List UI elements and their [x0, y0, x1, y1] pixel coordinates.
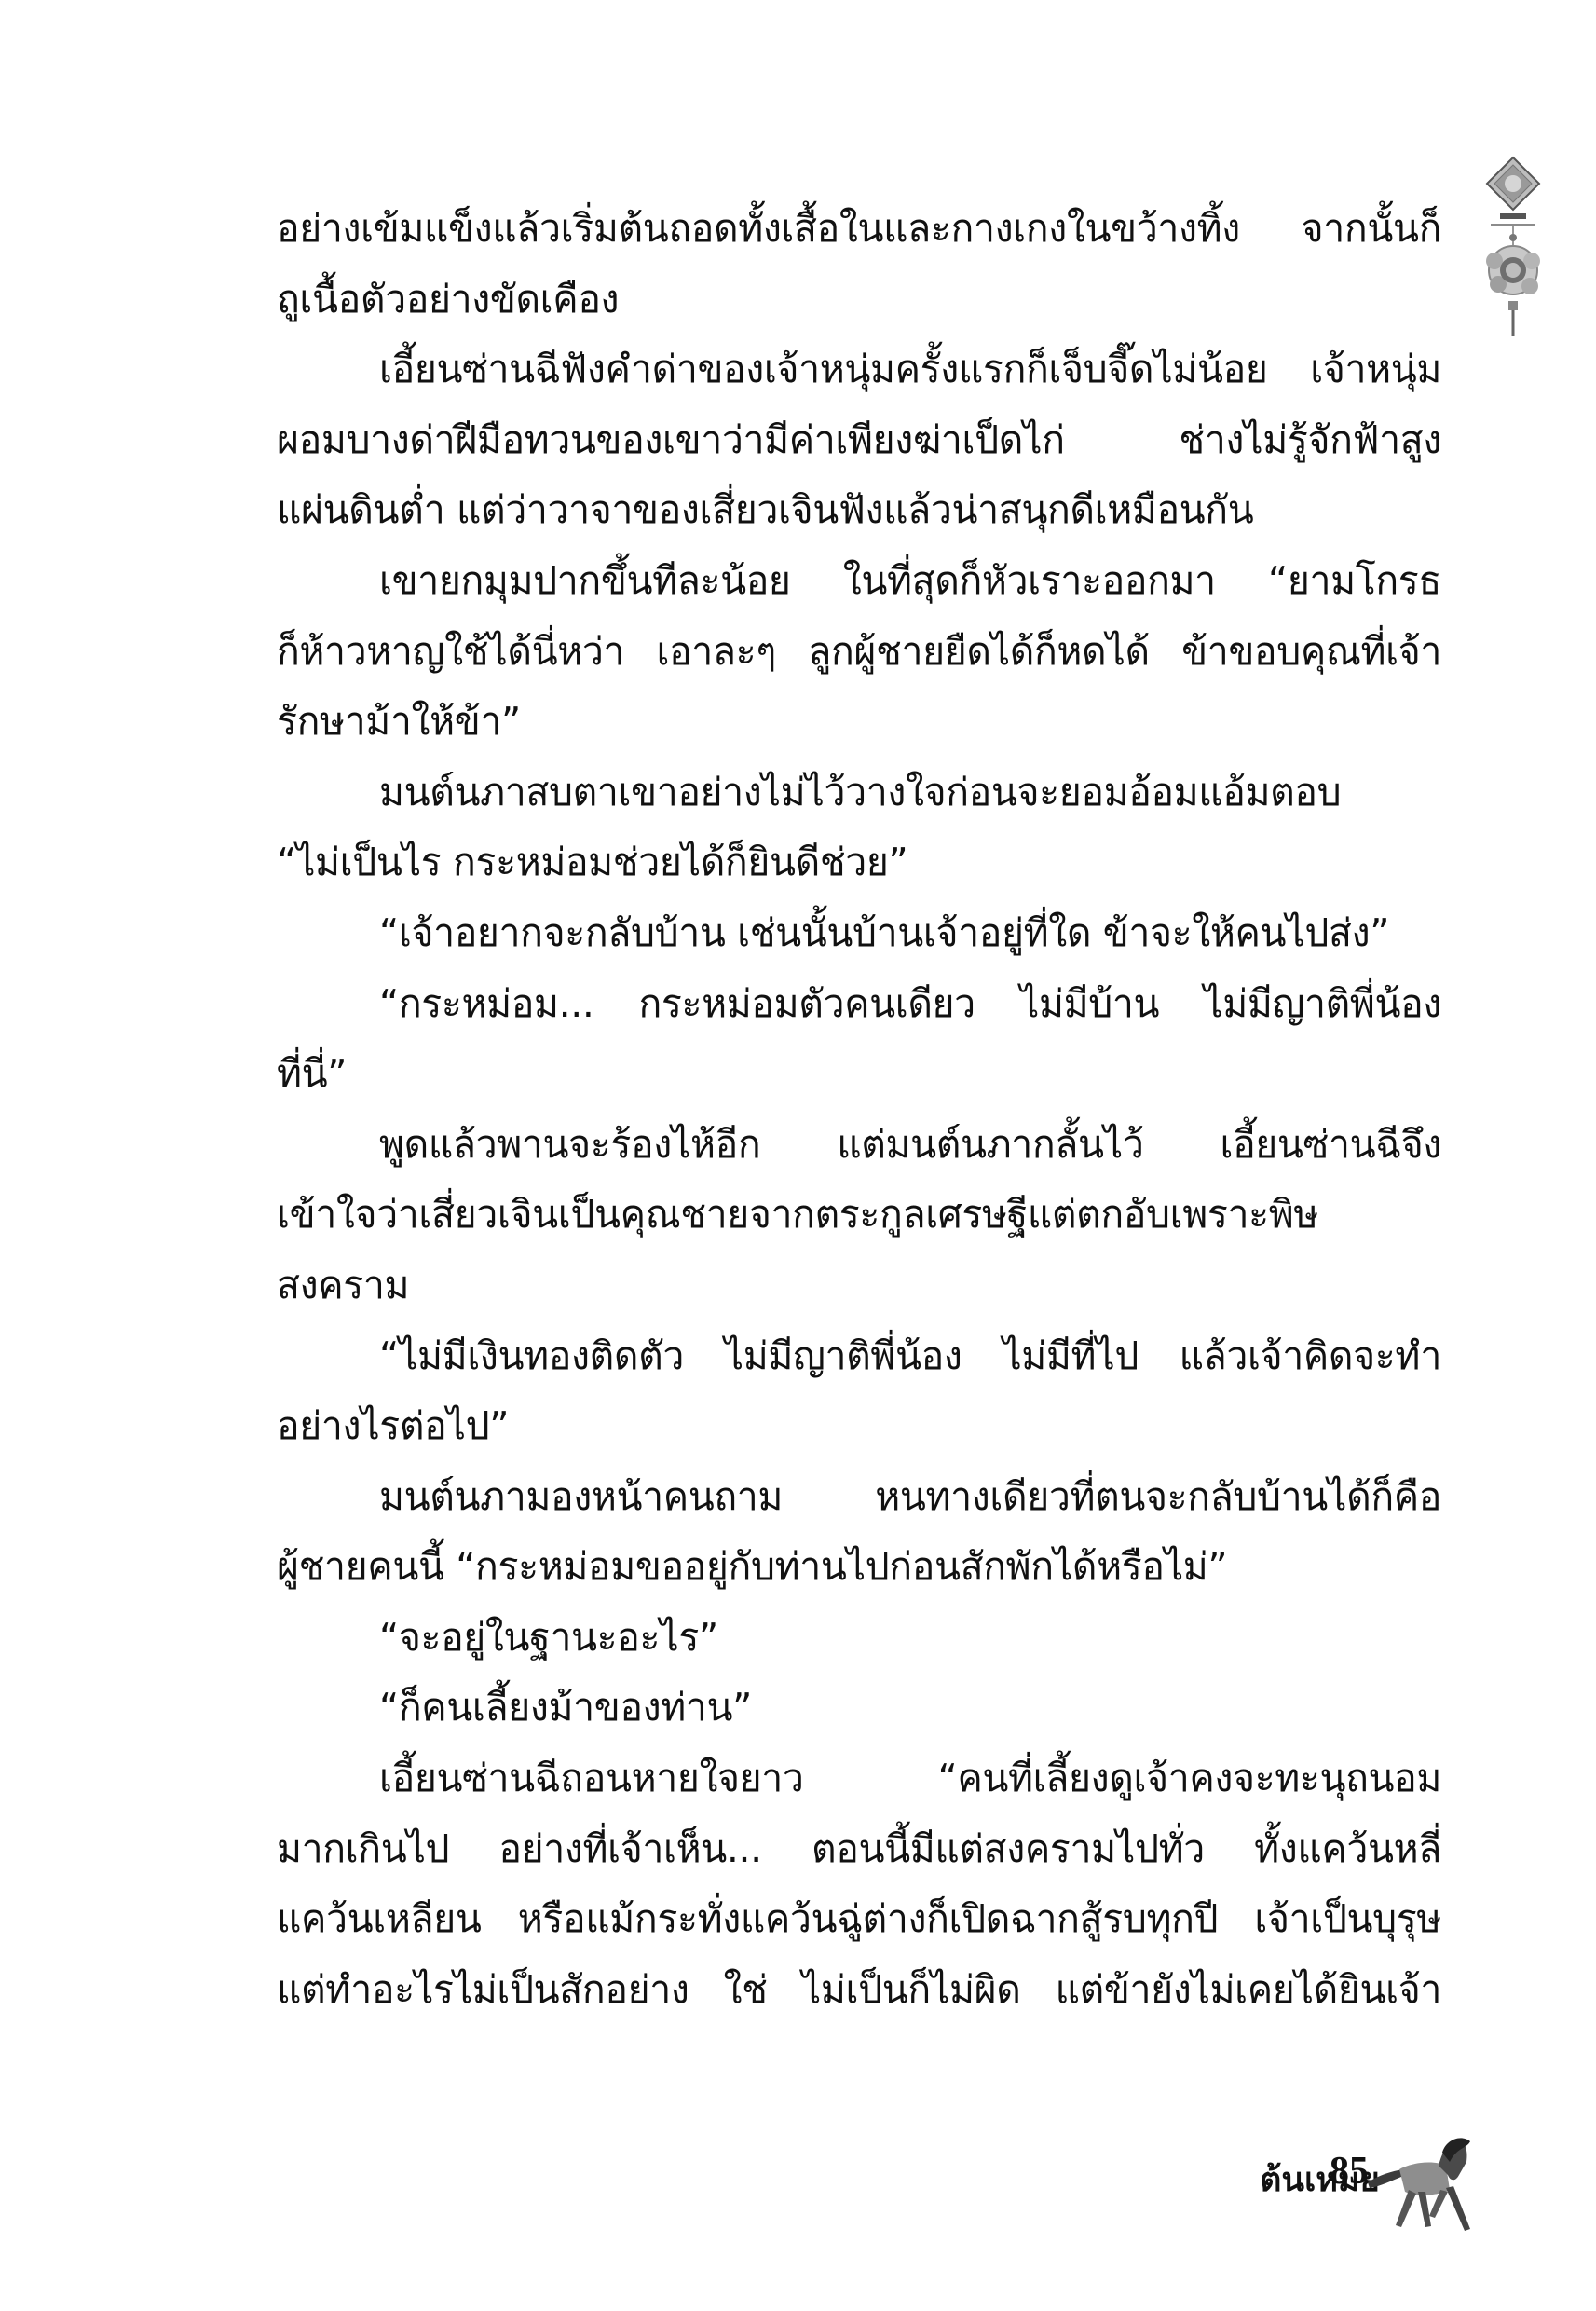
paragraph-start-line: เขายกมุมปากขึ้นทีละน้อย ในที่สุดก็หัวเรา… [277, 546, 1441, 617]
text-line: สงคราม [277, 1251, 1441, 1321]
text-line: ที่นี่” [277, 1039, 1441, 1110]
text-line: แต่ทำอะไรไม่เป็นสักอย่าง ใช่ ไม่เป็นก็ไม… [277, 1955, 1441, 2026]
paragraph-start-line: เอี้ยนซ่านฉีถอนหายใจยาว “คนที่เลี้ยงดูเจ… [277, 1744, 1441, 1814]
paragraph-start-line: มนต์นภาสบตาเขาอย่างไม่ไว้วางใจก่อนจะยอมอ… [277, 758, 1441, 828]
dialogue-line: “จะอยู่ในฐานะอะไร” [277, 1603, 1441, 1674]
text-line: แคว้นเหลียน หรือแม้กระทั่งแคว้นฉู่ต่างก็… [277, 1884, 1441, 1955]
paragraph-start-line: เอี้ยนซ่านฉีฟังคำด่าของเจ้าหนุ่มครั้งแรก… [277, 335, 1441, 405]
horse-icon [1360, 2134, 1481, 2236]
dialogue-line: “ก็คนเลี้ยงม้าของท่าน” [277, 1673, 1441, 1744]
dialogue-line: “กระหม่อม... กระหม่อมตัวคนเดียว ไม่มีบ้า… [277, 969, 1441, 1040]
text-line: “ไม่เป็นไร กระหม่อมช่วยได้ก็ยินดีช่วย” [277, 827, 1441, 898]
chinese-knot-ornament-icon [1480, 154, 1547, 340]
text-line: เข้าใจว่าเสี่ยวเจินเป็นคุณชายจากตระกูลเศ… [277, 1180, 1441, 1251]
text-line: อย่างไรต่อไป” [277, 1391, 1441, 1462]
text-line: รักษาม้าให้ข้า” [277, 687, 1441, 758]
text-line: แผ่นดินต่ำ แต่ว่าวาจาของเสี่ยวเจินฟังแล้… [277, 475, 1441, 546]
page-footer: ต้นเหมย 85 [1174, 2134, 1491, 2236]
dialogue-line: “ไม่มีเงินทองติดตัว ไม่มีญาติพี่น้อง ไม่… [277, 1321, 1441, 1392]
dialogue-line: “เจ้าอยากจะกลับบ้าน เช่นนั้นบ้านเจ้าอยู่… [277, 898, 1441, 969]
text-line: อย่างเข้มแข็งแล้วเริ่มต้นถอดทั้งเสื้อในแ… [277, 194, 1441, 265]
text-line: ถูเนื้อตัวอย่างขัดเคือง [277, 265, 1441, 335]
paragraph-start-line: พูดแล้วพานจะร้องไห้อีก แต่มนต์นภากลั้นไว… [277, 1110, 1441, 1181]
text-line: ก็ห้าวหาญใช้ได้นี่หว่า เอาละๆ ลูกผู้ชายย… [277, 617, 1441, 688]
paragraph-start-line: มนต์นภามองหน้าคนถาม หนทางเดียวที่ตนจะกลั… [277, 1462, 1441, 1533]
chapter-text: อย่างเข้มแข็งแล้วเริ่มต้นถอดทั้งเสื้อในแ… [277, 194, 1441, 2025]
book-page: อย่างเข้มแข็งแล้วเริ่มต้นถอดทั้งเสื้อในแ… [0, 0, 1596, 2311]
text-line: ผอมบางด่าฝีมือทวนของเขาว่ามีค่าเพียงฆ่าเ… [277, 405, 1441, 476]
text-line: ผู้ชายคนนี้ “กระหม่อมขออยู่กับท่านไปก่อน… [277, 1532, 1441, 1603]
text-line: มากเกินไป อย่างที่เจ้าเห็น... ตอนนี้มีแต… [277, 1814, 1441, 1885]
